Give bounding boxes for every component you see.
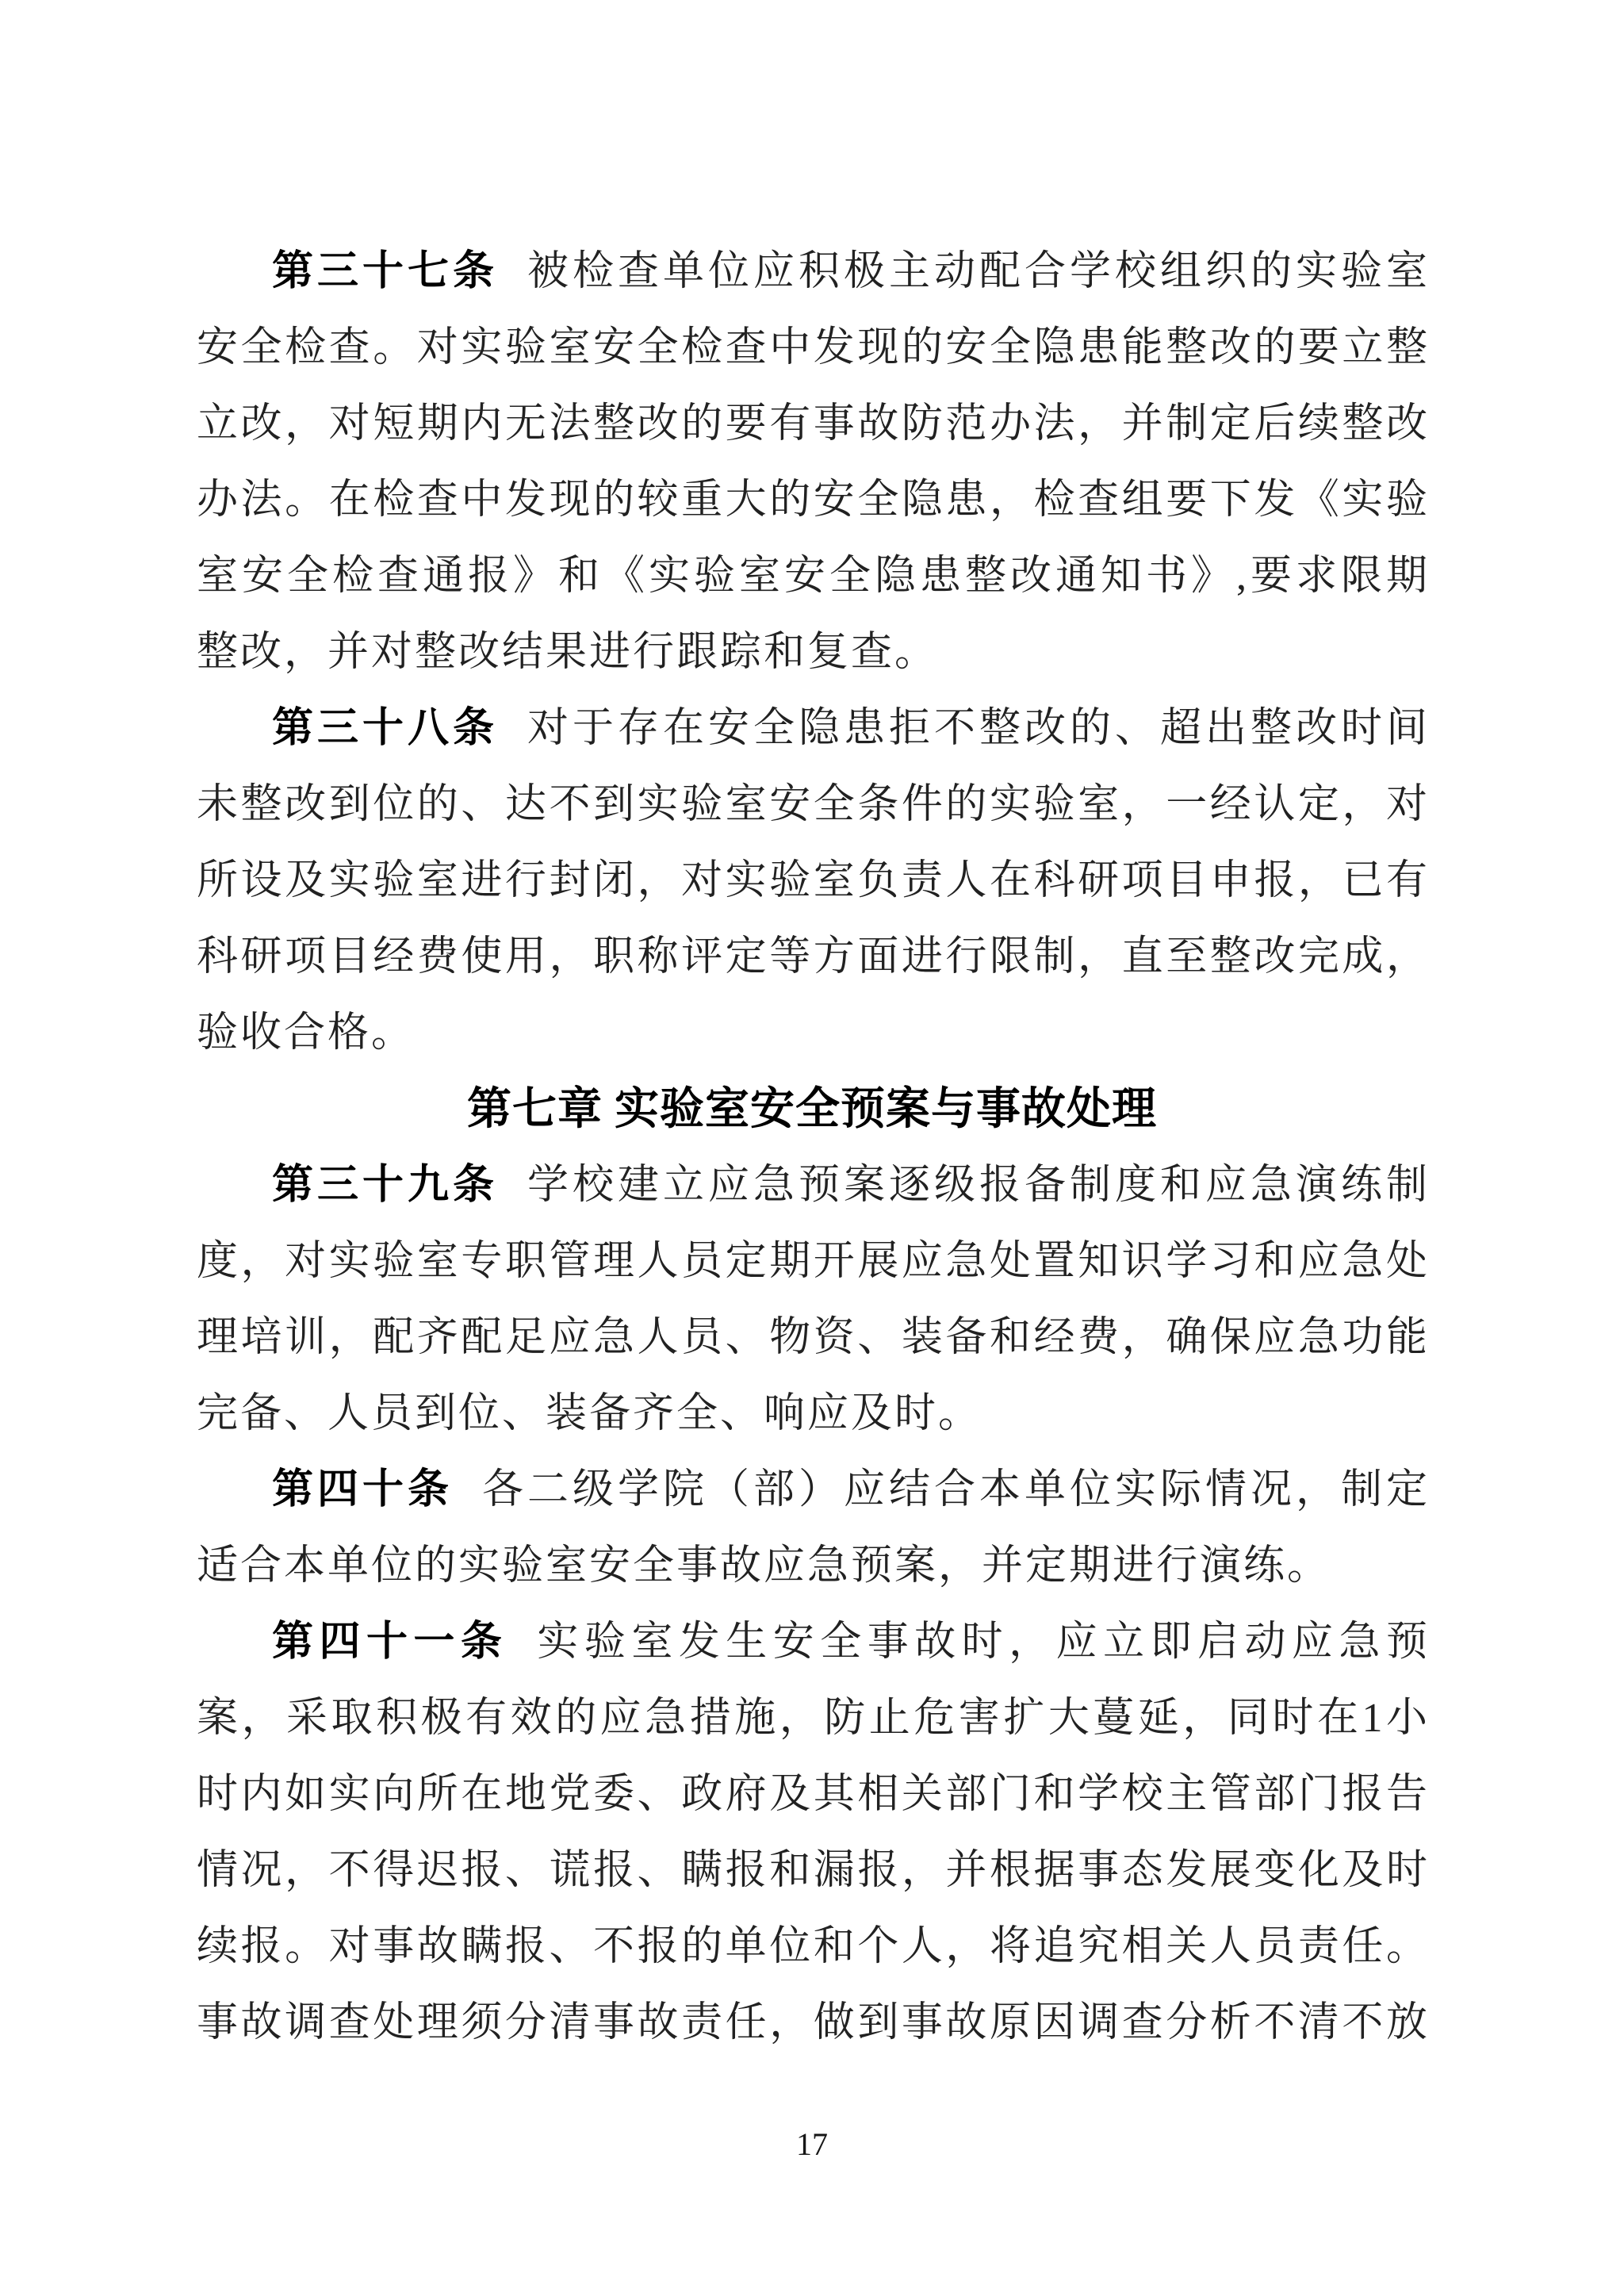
text-line: 办法。在检查中发现的较重大的安全隐患，检查组要下发《实验 <box>197 462 1427 539</box>
page-number: 17 <box>0 2127 1624 2162</box>
text-line: 理培训，配齐配足应急人员、物资、装备和经费，确保应急功能 <box>197 1300 1427 1376</box>
text-line: 续报。对事故瞒报、不报的单位和个人，将追究相关人员责任。 <box>197 1909 1427 1985</box>
text-line: 所设及实验室进行封闭，对实验室负责人在科研项目申报，已有 <box>197 843 1427 919</box>
text-line-content: 实验室发生安全事故时，应立即启动应急预 <box>537 1619 1427 1665</box>
text-line: 科研项目经费使用，职称评定等方面进行限制，直至整改完成， <box>197 919 1427 995</box>
text-line-content: 各二级学院（部）应结合本单位实际情况，制定 <box>482 1467 1427 1512</box>
article-number-label: 第四十一条 <box>272 1619 507 1665</box>
article-number-label: 第四十条 <box>272 1467 453 1512</box>
text-line: 适合本单位的实验室安全事故应急预案，并定期进行演练。 <box>197 1528 1427 1604</box>
text-line: 未整改到位的、达不到实验室安全条件的实验室，一经认定，对 <box>197 767 1427 843</box>
text-line: 情况，不得迟报、谎报、瞒报和漏报，并根据事态发展变化及时 <box>197 1833 1427 1909</box>
text-line: 安全检查。对实验室安全检查中发现的安全隐患能整改的要立整 <box>197 310 1427 386</box>
text-line: 整改，并对整改结果进行跟踪和复查。 <box>197 615 1427 691</box>
article-39: 第三十九条学校建立应急预案逐级报备制度和应急演练制 度，对实验室专职管理人员定期… <box>197 1148 1427 1452</box>
article-40: 第四十条各二级学院（部）应结合本单位实际情况，制定 适合本单位的实验室安全事故应… <box>197 1452 1427 1604</box>
text-line: 时内如实向所在地党委、政府及其相关部门和学校主管部门报告 <box>197 1757 1427 1833</box>
text-line-content: 被检查单位应积极主动配合学校组织的实验室 <box>527 249 1427 294</box>
article-number-label: 第三十八条 <box>272 706 498 751</box>
text-line: 第四十一条实验室发生安全事故时，应立即启动应急预 <box>197 1604 1427 1681</box>
text-line: 立改，对短期内无法整改的要有事故防范办法，并制定后续整改 <box>197 386 1427 462</box>
text-line: 验收合格。 <box>197 995 1427 1071</box>
text-line: 完备、人员到位、装备齐全、响应及时。 <box>197 1376 1427 1452</box>
text-block: 第三十七条被检查单位应积极主动配合学校组织的实验室 安全检查。对实验室安全检查中… <box>197 234 1427 2061</box>
text-line: 度，对实验室专职管理人员定期开展应急处置知识学习和应急处 <box>197 1224 1427 1300</box>
text-line: 第三十八条对于存在安全隐患拒不整改的、超出整改时间 <box>197 691 1427 767</box>
article-number-label: 第三十九条 <box>272 1163 498 1208</box>
document-page: 第三十七条被检查单位应积极主动配合学校组织的实验室 安全检查。对实验室安全检查中… <box>0 0 1624 2296</box>
text-line-content: 学校建立应急预案逐级报备制度和应急演练制 <box>527 1163 1427 1208</box>
text-line-content: 对于存在安全隐患拒不整改的、超出整改时间 <box>527 706 1427 751</box>
text-line: 室安全检查通报》和《实验室安全隐患整改通知书》,要求限期 <box>197 539 1427 615</box>
article-number-label: 第三十七条 <box>272 249 498 294</box>
text-line: 事故调查处理须分清事故责任，做到事故原因调查分析不清不放 <box>197 1985 1427 2061</box>
article-37: 第三十七条被检查单位应积极主动配合学校组织的实验室 安全检查。对实验室安全检查中… <box>197 234 1427 691</box>
text-line: 第三十七条被检查单位应积极主动配合学校组织的实验室 <box>197 234 1427 310</box>
text-line: 案，采取积极有效的应急措施，防止危害扩大蔓延，同时在1小 <box>197 1681 1427 1757</box>
article-38: 第三十八条对于存在安全隐患拒不整改的、超出整改时间 未整改到位的、达不到实验室安… <box>197 691 1427 1071</box>
chapter-heading: 第七章 实验室安全预案与事故处理 <box>197 1071 1427 1148</box>
text-line: 第三十九条学校建立应急预案逐级报备制度和应急演练制 <box>197 1148 1427 1224</box>
text-line: 第四十条各二级学院（部）应结合本单位实际情况，制定 <box>197 1452 1427 1528</box>
article-41: 第四十一条实验室发生安全事故时，应立即启动应急预 案，采取积极有效的应急措施，防… <box>197 1604 1427 2061</box>
